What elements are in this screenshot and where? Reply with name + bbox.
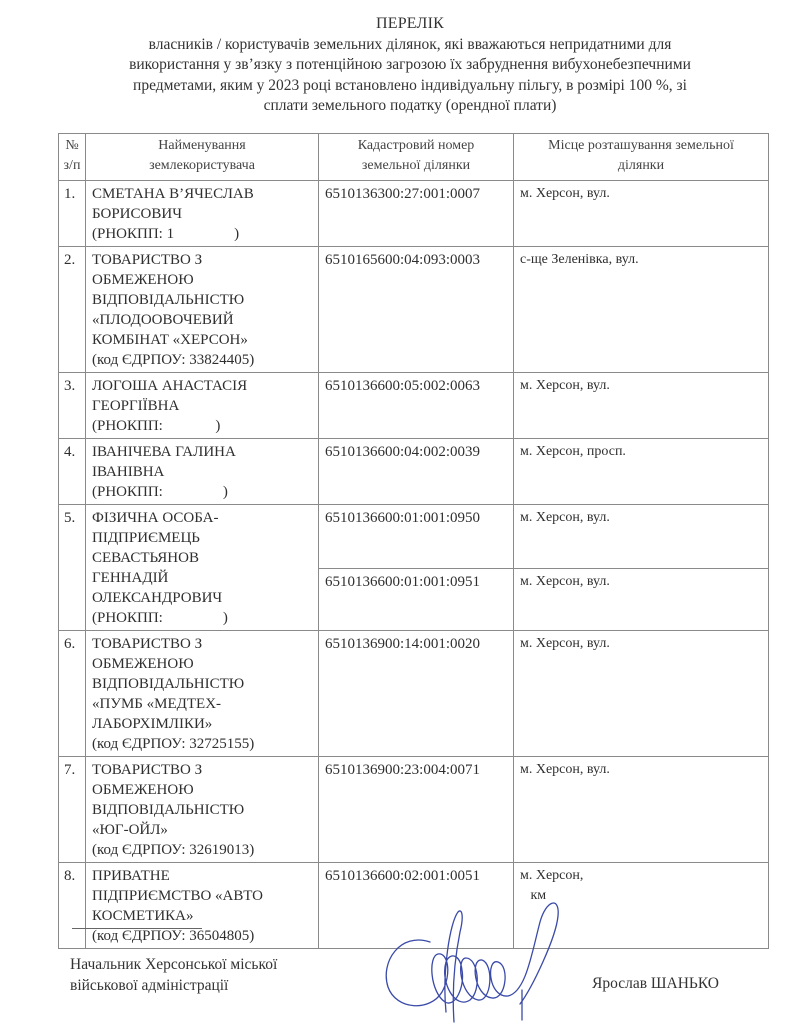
cadastral-number: 6510136900:23:004:0071 <box>319 757 514 863</box>
handwritten-signature <box>370 892 570 1024</box>
land-user-name-line: ЛАБОРХІМЛІКИ» <box>92 714 313 734</box>
cadastral-number: 6510136600:01:001:0950 <box>319 505 514 569</box>
land-user-name-line: ПІДПРИЄМСТВО «АВТО <box>92 886 313 906</box>
signer-title: Начальник Херсонської міської військової… <box>70 954 277 996</box>
land-user-name-line: ОЛЕКСАНДРОВИЧ <box>92 588 313 608</box>
land-user-name-line: (код ЄДРПОУ: 33824405) <box>92 350 313 370</box>
land-user-name-line: (РНОКПП: ) <box>92 482 313 502</box>
cadastral-number: 6510136900:14:001:0020 <box>319 631 514 757</box>
land-user-name-line: ІВАНІВНА <box>92 462 313 482</box>
land-user-name: ФІЗИЧНА ОСОБА-ПІДПРИЄМЕЦЬСЕВАСТЬЯНОВГЕНН… <box>86 505 319 631</box>
land-user-name-line: ТОВАРИСТВО З <box>92 634 313 654</box>
land-user-name: СМЕТАНА В’ЯЧЕСЛАВБОРИСОВИЧ(РНОКПП: 1 ) <box>86 181 319 247</box>
land-user-name-line: КОМБІНАТ «ХЕРСОН» <box>92 330 313 350</box>
parcel-location-line: м. Херсон, <box>520 866 763 886</box>
land-user-name-line: ОБМЕЖЕНОЮ <box>92 780 313 800</box>
parcel-location: м. Херсон, вул. <box>514 373 769 439</box>
header-location: Місце розташування земельноїділянки <box>514 134 769 181</box>
table-row: 6.ТОВАРИСТВО ЗОБМЕЖЕНОЮВІДПОВІДАЛЬНІСТЮ«… <box>59 631 769 757</box>
table-row: 3.ЛОГОША АНАСТАСІЯГЕОРГІЇВНА(РНОКПП: )65… <box>59 373 769 439</box>
land-user-name-line: БОРИСОВИЧ <box>92 204 313 224</box>
land-user-name-line: (код ЄДРПОУ: 32725155) <box>92 734 313 754</box>
parcel-location: м. Херсон, вул. <box>514 631 769 757</box>
land-user-name: ТОВАРИСТВО ЗОБМЕЖЕНОЮВІДПОВІДАЛЬНІСТЮ«ПЛ… <box>86 247 319 373</box>
parcel-location: м. Херсон, вул. <box>514 568 769 630</box>
land-user-name-line: ОБМЕЖЕНОЮ <box>92 270 313 290</box>
document-subtitle-line: власників / користувачів земельних ділян… <box>60 35 760 56</box>
land-user-name-line: «ПЛОДООВОЧЕВИЙ <box>92 310 313 330</box>
parcel-location-line: м. Херсон, вул. <box>520 634 763 654</box>
document-heading: ПЕРЕЛІК власників / користувачів земельн… <box>60 14 760 117</box>
parcel-location: м. Херсон, вул. <box>514 505 769 569</box>
land-user-name-line: ВІДПОВІДАЛЬНІСТЮ <box>92 290 313 310</box>
land-user-name-line: ЛОГОША АНАСТАСІЯ <box>92 376 313 396</box>
land-user-name-line: СМЕТАНА В’ЯЧЕСЛАВ <box>92 184 313 204</box>
land-user-name-line: ВІДПОВІДАЛЬНІСТЮ <box>92 674 313 694</box>
land-user-name-line: ІВАНІЧЕВА ГАЛИНА <box>92 442 313 462</box>
cadastral-number: 6510136600:01:001:0951 <box>319 568 514 630</box>
land-user-name-line: ТОВАРИСТВО З <box>92 250 313 270</box>
row-number: 5. <box>59 505 86 631</box>
table-header-row: №з/п Найменуванняземлекористувача Кадаст… <box>59 134 769 181</box>
parcel-location: м. Херсон, вул. <box>514 181 769 247</box>
land-user-name-line: ФІЗИЧНА ОСОБА- <box>92 508 313 528</box>
land-user-name: ІВАНІЧЕВА ГАЛИНАІВАНІВНА(РНОКПП: ) <box>86 439 319 505</box>
land-user-name-line: (код ЄДРПОУ: 32619013) <box>92 840 313 860</box>
land-user-name-line: ОБМЕЖЕНОЮ <box>92 654 313 674</box>
row-number: 1. <box>59 181 86 247</box>
parcel-location-line: с-ще Зеленівка, вул. <box>520 250 763 270</box>
row-number: 6. <box>59 631 86 757</box>
parcel-location-line: м. Херсон, вул. <box>520 572 763 592</box>
signer-name: Ярослав ШАНЬКО <box>592 975 719 993</box>
land-user-name-line: КОСМЕТИКА» <box>92 906 313 926</box>
land-user-name-line: СЕВАСТЬЯНОВ <box>92 548 313 568</box>
header-cadastral: Кадастровий номерземельної ділянки <box>319 134 514 181</box>
land-user-name-line: (РНОКПП: ) <box>92 416 313 436</box>
land-user-name-line: «ЮГ-ОЙЛ» <box>92 820 313 840</box>
table-row: 7.ТОВАРИСТВО ЗОБМЕЖЕНОЮВІДПОВІДАЛЬНІСТЮ«… <box>59 757 769 863</box>
header-number: №з/п <box>59 134 86 181</box>
parcel-location-line: м. Херсон, вул. <box>520 508 763 528</box>
land-user-name-line: ГЕННАДІЙ <box>92 568 313 588</box>
land-user-name-line: ВІДПОВІДАЛЬНІСТЮ <box>92 800 313 820</box>
row-number: 2. <box>59 247 86 373</box>
land-user-name-line: ТОВАРИСТВО З <box>92 760 313 780</box>
land-users-table: №з/п Найменуванняземлекористувача Кадаст… <box>58 133 769 949</box>
land-user-name-line: (РНОКПП: ) <box>92 608 313 628</box>
row-number: 4. <box>59 439 86 505</box>
land-user-name: ТОВАРИСТВО ЗОБМЕЖЕНОЮВІДПОВІДАЛЬНІСТЮ«ПУ… <box>86 631 319 757</box>
land-user-name-line: ПРИВАТНЕ <box>92 866 313 886</box>
land-user-name-line: ГЕОРГІЇВНА <box>92 396 313 416</box>
parcel-location-line: м. Херсон, вул. <box>520 184 763 204</box>
parcel-location: м. Херсон, вул. <box>514 757 769 863</box>
land-user-name-line: (код ЄДРПОУ: 36504805) <box>92 926 313 946</box>
parcel-location-line: м. Херсон, вул. <box>520 376 763 396</box>
land-user-name-line: (РНОКПП: 1 ) <box>92 224 313 244</box>
land-user-name-line: ПІДПРИЄМЕЦЬ <box>92 528 313 548</box>
row-number: 7. <box>59 757 86 863</box>
parcel-location: м. Херсон, просп. <box>514 439 769 505</box>
land-user-name-line: «ПУМБ «МЕДТЕХ- <box>92 694 313 714</box>
parcel-location-line: м. Херсон, вул. <box>520 760 763 780</box>
cadastral-number: 6510165600:04:093:0003 <box>319 247 514 373</box>
cadastral-number: 6510136300:27:001:0007 <box>319 181 514 247</box>
land-user-name: ПРИВАТНЕПІДПРИЄМСТВО «АВТОКОСМЕТИКА»(код… <box>86 863 319 949</box>
table-row: 4.ІВАНІЧЕВА ГАЛИНАІВАНІВНА(РНОКПП: )6510… <box>59 439 769 505</box>
cadastral-number: 6510136600:05:002:0063 <box>319 373 514 439</box>
table-row: 5.ФІЗИЧНА ОСОБА-ПІДПРИЄМЕЦЬСЕВАСТЬЯНОВГЕ… <box>59 505 769 569</box>
header-name: Найменуванняземлекористувача <box>86 134 319 181</box>
signature-underline <box>72 928 202 929</box>
table-row: 1.СМЕТАНА В’ЯЧЕСЛАВБОРИСОВИЧ(РНОКПП: 1 )… <box>59 181 769 247</box>
table-row: 2.ТОВАРИСТВО ЗОБМЕЖЕНОЮВІДПОВІДАЛЬНІСТЮ«… <box>59 247 769 373</box>
document-subtitle-line: використання у зв’язку з потенційною заг… <box>60 55 760 76</box>
cadastral-number: 6510136600:04:002:0039 <box>319 439 514 505</box>
land-user-name: ЛОГОША АНАСТАСІЯГЕОРГІЇВНА(РНОКПП: ) <box>86 373 319 439</box>
parcel-location: с-ще Зеленівка, вул. <box>514 247 769 373</box>
document-subtitle-line: предметами, яким у 2023 році встановлено… <box>60 76 760 97</box>
row-number: 8. <box>59 863 86 949</box>
land-user-name: ТОВАРИСТВО ЗОБМЕЖЕНОЮВІДПОВІДАЛЬНІСТЮ«ЮГ… <box>86 757 319 863</box>
parcel-location-line: м. Херсон, просп. <box>520 442 763 462</box>
document-title: ПЕРЕЛІК <box>60 14 760 35</box>
table-body: 1.СМЕТАНА В’ЯЧЕСЛАВБОРИСОВИЧ(РНОКПП: 1 )… <box>59 181 769 949</box>
document-subtitle-line: сплати земельного податку (орендної плат… <box>60 96 760 117</box>
row-number: 3. <box>59 373 86 439</box>
